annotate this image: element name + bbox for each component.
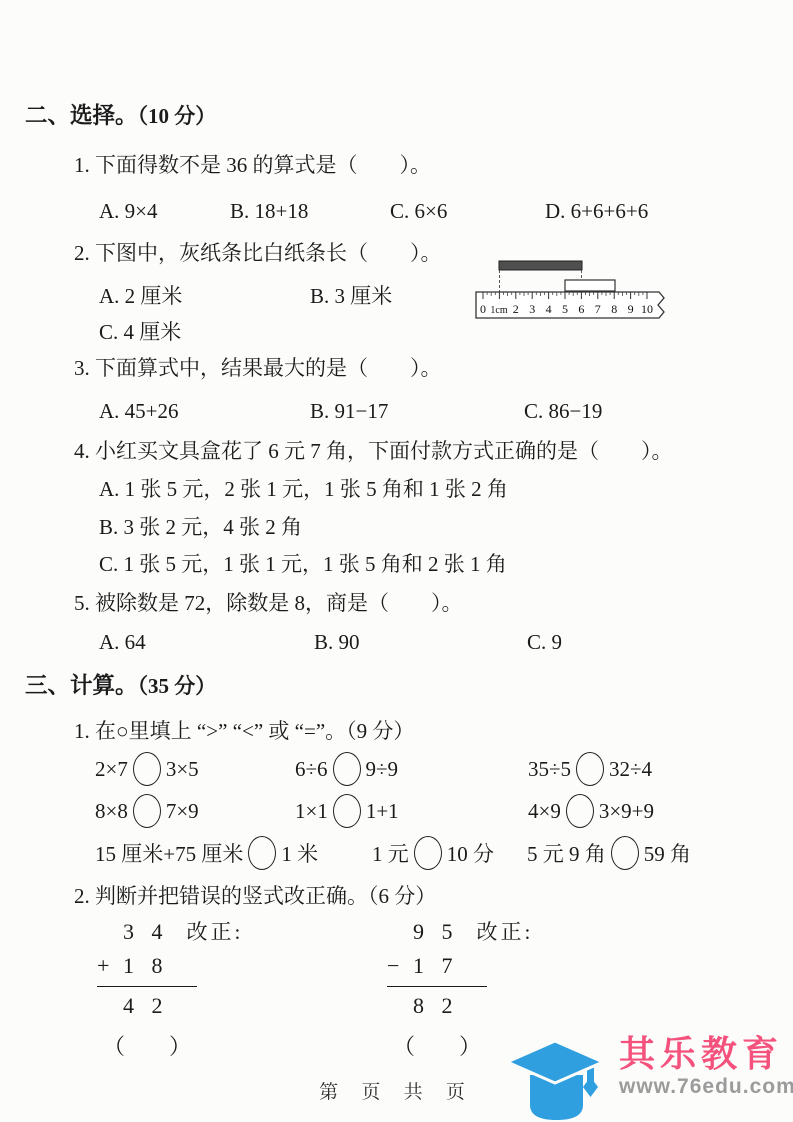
question-4-text: 4. 小红买文具盒花了 6 元 7 角，下面付款方式正确的是（ ）。 xyxy=(74,436,673,466)
expression-left: 1×1 xyxy=(295,799,328,824)
question-1-options: A. 9×4 B. 18+18 C. 6×6 D. 6+6+6+6 xyxy=(99,196,648,226)
expression-left: 8×8 xyxy=(95,799,128,824)
svg-text:8: 8 xyxy=(611,302,617,316)
comparison-circle xyxy=(566,794,594,828)
section-3-score: （35 分） xyxy=(138,674,217,698)
expression-left: 4×9 xyxy=(528,799,561,824)
ruler-figure: 0 1cm 2 3 4 5 6 7 8 9 10 xyxy=(474,256,670,326)
comparison-circle xyxy=(576,752,604,786)
svg-text:4: 4 xyxy=(546,302,552,316)
question-2-option-c: C. 4 厘米 xyxy=(99,317,181,347)
comparison-circle xyxy=(133,794,161,828)
comparison-item: 15 厘米+75 厘米 1 米 xyxy=(95,836,372,870)
section-2-title-text: 二、选择。 xyxy=(25,103,138,128)
comparison-circle xyxy=(333,752,361,786)
question-2-options-row1: A. 2 厘米 B. 3 厘米 xyxy=(99,281,392,311)
comparison-item: 2×7 3×5 xyxy=(95,752,295,786)
test-paper-page: 二、选择。（10 分） 1. 下面得数不是 36 的算式是（ ）。 A. 9×4… xyxy=(0,0,793,1122)
svg-text:2: 2 xyxy=(513,302,519,316)
brand-logo: 其乐教育 www.76edu.com xyxy=(493,1033,793,1122)
question-1-text: 1. 下面得数不是 36 的算式是（ ）。 xyxy=(74,150,431,180)
comparison-circle xyxy=(333,794,361,828)
brand-text-block: 其乐教育 www.76edu.com xyxy=(619,1033,793,1099)
svg-text:9: 9 xyxy=(628,302,634,316)
option-b: B. 18+18 xyxy=(230,196,390,226)
svg-text:10: 10 xyxy=(641,302,653,316)
option-c: C. 6×6 xyxy=(390,196,545,226)
section-3-title: 三、计算。（35 分） xyxy=(25,671,216,701)
second-number: 1 7 xyxy=(413,949,459,982)
question-5-text: 5. 被除数是 72，除数是 8，商是（ ）。 xyxy=(74,588,463,618)
gray-paper-strip xyxy=(499,261,582,270)
option-b: B. 91−17 xyxy=(310,396,524,426)
question-4-option-c: C. 1 张 5 元，1 张 1 元，1 张 5 角和 2 张 1 角 xyxy=(99,549,507,579)
expression-right: 1 米 xyxy=(281,838,318,868)
svg-text:6: 6 xyxy=(578,302,584,316)
option-a: A. 45+26 xyxy=(99,396,310,426)
top-number: 3 4 xyxy=(123,915,169,948)
question-5-options: A. 64 B. 90 C. 9 xyxy=(99,627,562,657)
expression-right: 3×5 xyxy=(166,757,199,782)
compare-row-3: 15 厘米+75 厘米 1 米 1 元 10 分 5 元 9 角 59 角 xyxy=(95,833,691,873)
option-b: B. 3 厘米 xyxy=(310,281,392,311)
option-a: A. 2 厘米 xyxy=(99,281,310,311)
expression-left: 2×7 xyxy=(95,757,128,782)
section-2-score: （10 分） xyxy=(138,104,217,128)
operator-sign: + xyxy=(97,949,123,982)
section-2-title: 二、选择。（10 分） xyxy=(25,101,216,131)
ruler-svg: 0 1cm 2 3 4 5 6 7 8 9 10 xyxy=(474,256,670,320)
compare-row-1: 2×7 3×5 6÷6 9÷9 35÷5 32÷4 xyxy=(95,749,652,789)
comparison-circle xyxy=(414,836,442,870)
result-number: 4 2 xyxy=(123,989,169,1022)
comparison-circle xyxy=(611,836,639,870)
result-number: 8 2 xyxy=(413,989,459,1022)
expression-right: 9÷9 xyxy=(366,757,399,782)
expression-left: 6÷6 xyxy=(295,757,328,782)
brand-url: www.76edu.com xyxy=(619,1075,793,1099)
comparison-item: 4×9 3×9+9 xyxy=(528,794,654,828)
vertical-problem-addition: 3 4 改正: + 1 8 4 2 （ ） xyxy=(97,915,243,1063)
expression-right: 32÷4 xyxy=(609,757,652,782)
ruler-tick-labels: 0 1cm 2 3 4 5 6 7 8 9 10 xyxy=(480,302,653,316)
judge-brackets: （ ） xyxy=(103,1030,243,1063)
svg-text:5: 5 xyxy=(562,302,568,316)
question-4-option-a: A. 1 张 5 元，2 张 1 元，1 张 5 角和 1 张 2 角 xyxy=(99,474,508,504)
top-number: 9 5 xyxy=(413,915,459,948)
svg-text:1cm: 1cm xyxy=(490,305,507,316)
sum-line xyxy=(387,986,487,987)
expression-right: 59 角 xyxy=(644,838,691,868)
compare-row-2: 8×8 7×9 1×1 1+1 4×9 3×9+9 xyxy=(95,791,654,831)
comparison-circle xyxy=(248,836,276,870)
vertical-check-instruction: 2. 判断并把错误的竖式改正确。（6 分） xyxy=(74,881,436,911)
graduation-cap-icon xyxy=(493,1033,615,1122)
svg-text:0: 0 xyxy=(480,302,486,316)
comparison-item: 8×8 7×9 xyxy=(95,794,295,828)
option-a: A. 64 xyxy=(99,627,314,657)
question-3-text: 3. 下面算式中，结果最大的是（ ）。 xyxy=(74,353,442,383)
brand-name: 其乐教育 xyxy=(619,1033,793,1075)
comparison-item: 5 元 9 角 59 角 xyxy=(527,836,691,870)
question-2-text: 2. 下图中，灰纸条比白纸条长（ ）。 xyxy=(74,238,442,268)
expression-left: 5 元 9 角 xyxy=(527,838,606,868)
option-c: C. 86−19 xyxy=(524,396,602,426)
white-paper-strip xyxy=(565,280,615,291)
expression-left: 1 元 xyxy=(372,838,409,868)
correction-label: 改正: xyxy=(477,916,534,949)
second-number: 1 8 xyxy=(123,949,169,982)
comparison-circle xyxy=(133,752,161,786)
operator-sign: − xyxy=(387,949,413,982)
expression-right: 10 分 xyxy=(447,838,494,868)
section-3-title-text: 三、计算。 xyxy=(25,673,138,698)
expression-right: 1+1 xyxy=(366,799,399,824)
compare-instruction-text: 1. 在○里填上 “>” “<” 或 “=”。（9 分） xyxy=(74,716,414,746)
option-a: A. 9×4 xyxy=(99,196,230,226)
expression-right: 7×9 xyxy=(166,799,199,824)
comparison-item: 1×1 1+1 xyxy=(295,794,528,828)
comparison-item: 6÷6 9÷9 xyxy=(295,752,528,786)
comparison-item: 1 元 10 分 xyxy=(372,836,527,870)
option-d: D. 6+6+6+6 xyxy=(545,196,648,226)
option-b: B. 90 xyxy=(314,627,527,657)
sum-line xyxy=(97,986,197,987)
correction-label: 改正: xyxy=(187,916,244,949)
question-4-option-b: B. 3 张 2 元，4 张 2 角 xyxy=(99,512,302,542)
expression-left: 35÷5 xyxy=(528,757,571,782)
question-3-options: A. 45+26 B. 91−17 C. 86−19 xyxy=(99,396,602,426)
expression-left: 15 厘米+75 厘米 xyxy=(95,838,243,868)
expression-right: 3×9+9 xyxy=(599,799,654,824)
svg-text:7: 7 xyxy=(595,302,601,316)
comparison-item: 35÷5 32÷4 xyxy=(528,752,652,786)
option-c: C. 9 xyxy=(527,627,562,657)
svg-text:3: 3 xyxy=(529,302,535,316)
